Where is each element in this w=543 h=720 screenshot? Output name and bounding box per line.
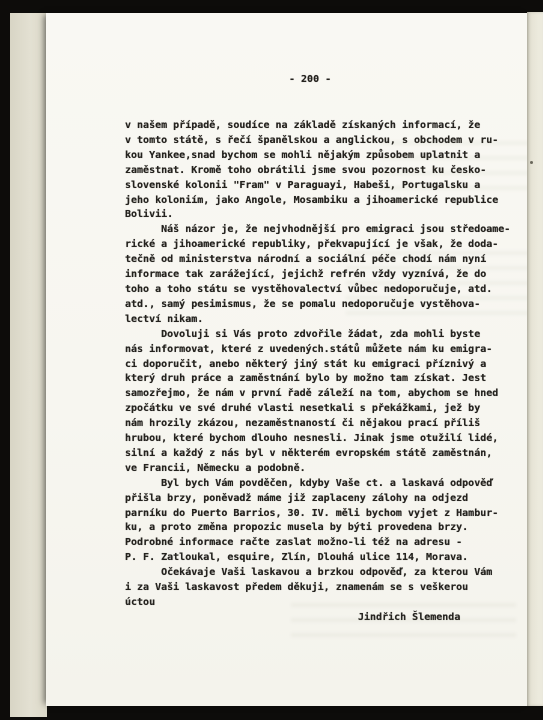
letter-line: v našem případě, soudíce na základě získ…	[125, 119, 535, 134]
letter-line: Očekávaje Vaši laskavou a brzkou odpověď…	[125, 566, 535, 581]
letter-line: Náš názor je, že nejvhodnější pro emigra…	[125, 223, 535, 238]
letter-line: P. F. Zatloukal, esquire, Zlín, Dlouhá u…	[125, 551, 535, 566]
scanned-letter-screenshot: { "document": { "page_number": "- 200 -"…	[0, 0, 543, 720]
ink-bleedthrough	[381, 141, 531, 199]
letter-line: Bolivii.	[125, 208, 535, 223]
scan-speck	[530, 161, 533, 164]
letter-line: ku, a proto změna propozic musela by být…	[125, 521, 535, 536]
ink-bleedthrough	[346, 251, 531, 323]
letter-line: nás informovat, které z uvedených.států …	[125, 343, 535, 358]
letter-line: hrubou, které bychom dlouho nesnesli. Ji…	[125, 432, 535, 447]
ink-bleedthrough	[291, 603, 516, 645]
letter-line: Byl bych Vám povděčen, kdyby Vaše ct. a …	[125, 477, 535, 492]
letter-line: Dovoluji si Vás proto zdvořile žádat, zd…	[125, 328, 535, 343]
letter-line: zpočátku ve své druhé vlasti nesetkali s…	[125, 402, 535, 417]
letter-line: samozřejmo, že nám v první řadě záleží n…	[125, 387, 535, 402]
letter-line: přišla brzy, poněvadž máme již zaplaceny…	[125, 492, 535, 507]
letter-line: i za Vaši laskavost předem děkuji, zname…	[125, 581, 535, 596]
underlying-page-edge-left	[10, 13, 47, 717]
letter-line: parníku do Puerto Barrios, 30. IV. měli …	[125, 507, 535, 522]
letter-line: ci doporučit, anebo některý jiný stát ku…	[125, 358, 535, 373]
letter-line: silní a každý z nás byl v některém evrop…	[125, 447, 535, 462]
letter-line: Podrobné informace račte zaslat možno-li…	[125, 536, 535, 551]
page-number: - 200 -	[289, 74, 331, 85]
underlying-page-edge-right	[527, 12, 543, 706]
letter-line: nám hrozily zkázou, nezaměstnaností či n…	[125, 417, 535, 432]
letter-page: - 200 - v našem případě, soudíce na zákl…	[46, 13, 527, 706]
letter-line: ve Francii, Německu a podobně.	[125, 462, 535, 477]
letter-line: který druh práce a zaměstnání bylo by mo…	[125, 372, 535, 387]
